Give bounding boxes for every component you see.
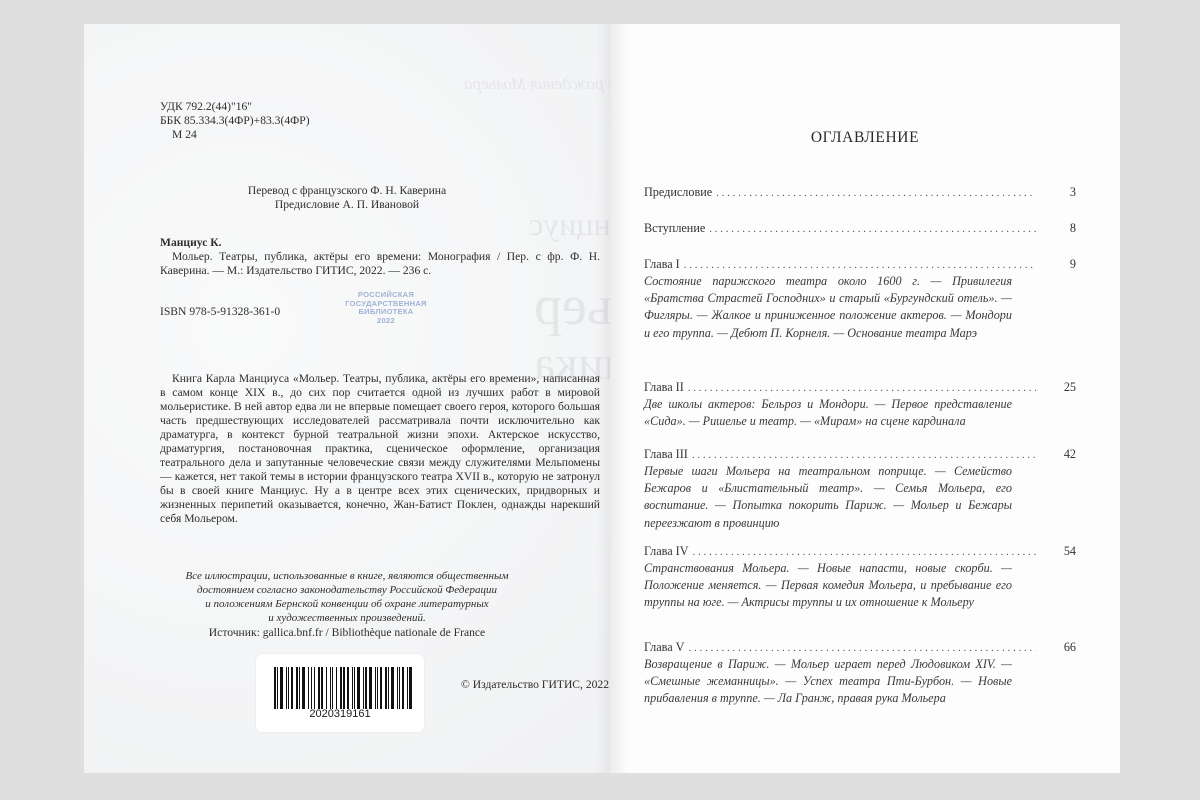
toc-entry-label: Глава I — [644, 256, 684, 272]
toc-entry[interactable]: Глава II25Две школы актеров: Бельроз и М… — [644, 379, 1044, 430]
barcode-bar — [352, 667, 353, 709]
toc-entry-label: Глава V — [644, 639, 688, 655]
toc-entry-label: Глава III — [644, 446, 692, 462]
barcode-bar — [354, 667, 355, 709]
barcode-bar — [391, 667, 394, 709]
toc-entry[interactable]: Глава III42Первые шаги Мольера на театра… — [644, 446, 1044, 532]
barcode-bar — [340, 667, 343, 709]
isbn: ISBN 978-5-91328-361-0 — [160, 305, 280, 319]
toc-entry-label: Глава II — [644, 379, 688, 395]
dot-leader — [692, 447, 1036, 463]
toc-entry[interactable]: Глава I9Состояние парижского театра окол… — [644, 256, 1044, 342]
toc-entry-page: 25 — [1046, 379, 1076, 395]
record-description: Мольер. Театры, публика, актёры его врем… — [160, 250, 600, 278]
dot-leader — [716, 185, 1036, 201]
credits: Перевод с французского Ф. Н. Каверина Пр… — [84, 184, 610, 212]
toc-entry-page: 9 — [1046, 256, 1076, 272]
barcode-bar — [280, 667, 283, 709]
toc-entry-heading: Глава IV54 — [644, 543, 1044, 560]
barcode-icon — [274, 667, 414, 709]
toc-entry-summary: Возвращение в Париж. — Мольер играет пер… — [644, 656, 1012, 708]
toc-entry-page: 54 — [1046, 543, 1076, 559]
barcode-bar — [375, 667, 376, 709]
barcode-bar — [363, 667, 364, 709]
barcode-bar — [326, 667, 327, 709]
barcode-bar — [311, 667, 312, 709]
toc-entry-summary: Странствования Мольера. — Новые напасти,… — [644, 560, 1012, 612]
barcode-bar — [336, 667, 337, 709]
toc-entry-summary: Первые шаги Мольера на театральном попри… — [644, 463, 1012, 532]
toc-entry-label: Глава IV — [644, 543, 693, 559]
toc-title: ОГЛАВЛЕНИЕ — [610, 129, 1120, 147]
dot-leader — [688, 640, 1036, 656]
barcode-sticker: 2020319161 — [256, 654, 424, 732]
toc-entry-heading: Глава V66 — [644, 639, 1044, 656]
dot-leader — [693, 544, 1036, 560]
annotation-text: Книга Карла Манциуса «Мольер. Театры, пу… — [160, 372, 600, 526]
toc-entry-label: Вступление — [644, 220, 709, 236]
note-line: достоянием согласно законодательству Рос… — [84, 583, 610, 597]
barcode-bar — [274, 667, 276, 709]
barcode-bar — [407, 667, 408, 709]
classification-codes: УДК 792.2(44)"16" ББК 85.334.3(4ФР)+83.3… — [160, 100, 310, 142]
barcode-bar — [318, 667, 320, 709]
preface-credit: Предисловие А. П. Ивановой — [84, 198, 610, 212]
toc-entry[interactable]: Предисловие3 — [644, 184, 1044, 201]
toc-entry-heading: Вступление8 — [644, 220, 1044, 237]
barcode-bar — [277, 667, 278, 709]
barcode-number: 2020319161 — [256, 708, 424, 720]
toc-entry-heading: Предисловие3 — [644, 184, 1044, 201]
bbk-code: ББК 85.334.3(4ФР)+83.3(4ФР) — [160, 114, 310, 128]
barcode-bar — [365, 667, 367, 709]
note-line: и положениям Бернской конвенции об охран… — [84, 597, 610, 611]
toc-entry-page: 42 — [1046, 446, 1076, 462]
barcode-bar — [388, 667, 389, 709]
barcode-bar — [385, 667, 387, 709]
toc-entry-page: 8 — [1046, 220, 1076, 236]
barcode-bar — [314, 667, 315, 709]
toc-entry-heading: Глава III42 — [644, 446, 1044, 463]
barcode-bar — [296, 667, 298, 709]
barcode-bar — [332, 667, 334, 709]
toc-entry-heading: Глава I9 — [644, 256, 1044, 273]
toc-entry[interactable]: Глава IV54Странствования Мольера. — Новы… — [644, 543, 1044, 612]
bibliographic-record: Манциус К. Мольер. Театры, публика, актё… — [160, 236, 600, 278]
barcode-bar — [291, 667, 293, 709]
toc-entry-summary: Две школы актеров: Бельроз и Мондори. — … — [644, 396, 1012, 430]
toc-entry-page: 3 — [1046, 184, 1076, 200]
illustrations-source: Источник: gallica.bnf.fr / Bibliothèque … — [84, 626, 610, 640]
translation-credit: Перевод с французского Ф. Н. Каверина — [84, 184, 610, 198]
illustrations-note: Все иллюстрации, использованные в книге,… — [84, 569, 610, 625]
toc-entry-heading: Глава II25 — [644, 379, 1044, 396]
barcode-bar — [321, 667, 324, 709]
barcode-bar — [302, 667, 305, 709]
barcode-bar — [347, 667, 349, 709]
right-page-contents: ОГЛАВЛЕНИЕ Предисловие3Вступление8Глава … — [610, 24, 1120, 773]
publisher-copyright: © Издательство ГИТИС, 2022 — [461, 678, 609, 692]
barcode-bar — [357, 667, 360, 709]
note-line: и художественных произведений. — [84, 611, 610, 625]
barcode-bar — [369, 667, 372, 709]
barcode-bar — [399, 667, 400, 709]
toc-entry-summary: Состояние парижского театра около 1600 г… — [644, 273, 1012, 342]
dot-leader — [684, 257, 1036, 273]
barcode-bar — [308, 667, 310, 709]
toc-entry[interactable]: Глава V66Возвращение в Париж. — Мольер и… — [644, 639, 1044, 708]
barcode-bar — [409, 667, 412, 709]
toc-entry-page: 66 — [1046, 639, 1076, 655]
author-mark: М 24 — [160, 128, 310, 142]
barcode-bar — [377, 667, 378, 709]
barcode-bar — [288, 667, 289, 709]
note-line: Все иллюстрации, использованные в книге,… — [84, 569, 610, 583]
record-author: Манциус К. — [160, 236, 600, 250]
barcode-bar — [343, 667, 345, 709]
stamp-line: 2022 — [336, 317, 436, 326]
barcode-bar — [330, 667, 331, 709]
barcode-bar — [299, 667, 300, 709]
barcode-bar — [286, 667, 287, 709]
book-spread: К 400-летию со дня рождения Мольера Карл… — [84, 24, 1120, 773]
left-page-imprint: К 400-летию со дня рождения Мольера Карл… — [84, 24, 610, 773]
barcode-bar — [380, 667, 382, 709]
toc-entry-label: Предисловие — [644, 184, 716, 200]
dot-leader — [709, 221, 1036, 237]
dot-leader — [688, 380, 1036, 396]
annotation: Книга Карла Манциуса «Мольер. Театры, пу… — [160, 372, 600, 526]
toc-entry[interactable]: Вступление8 — [644, 220, 1044, 237]
barcode-bar — [402, 667, 404, 709]
library-stamp: РОССИЙСКАЯ ГОСУДАРСТВЕННАЯ БИБЛИОТЕКА 20… — [336, 291, 436, 325]
udk-code: УДК 792.2(44)"16" — [160, 100, 310, 114]
barcode-bar — [397, 667, 398, 709]
